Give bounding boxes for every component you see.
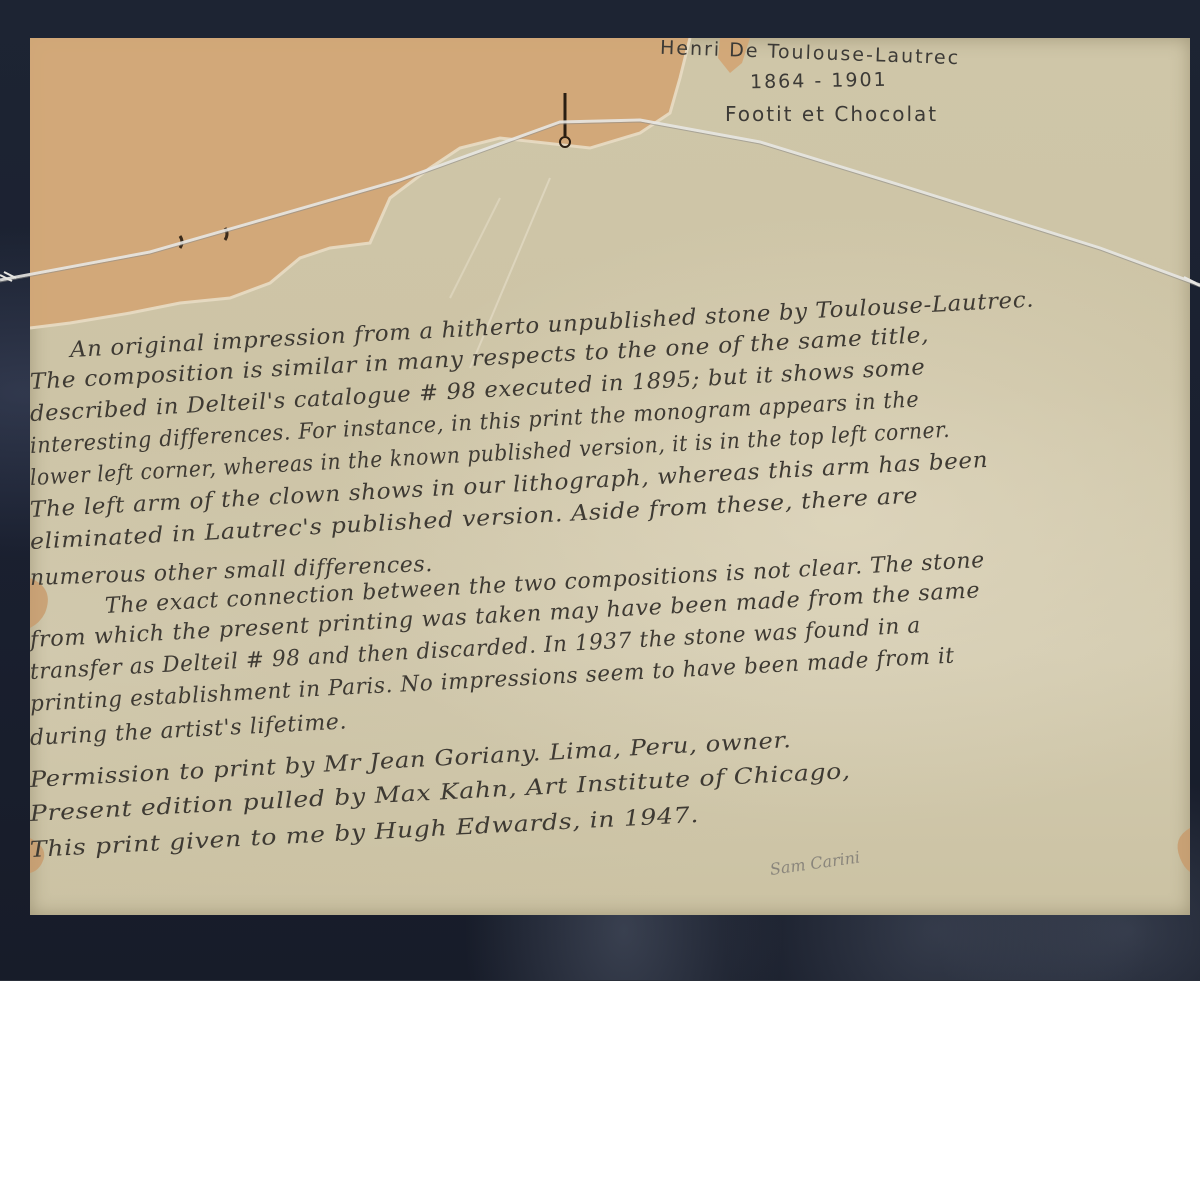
artist-name: Henri De Toulouse-Lautrec: [660, 38, 961, 69]
framed-print-back-photo: Henri De Toulouse-Lautrec 1864 - 1901 Fo…: [0, 0, 1200, 1200]
print-title: Footit et Chocolat: [725, 102, 938, 126]
backing-paper: Henri De Toulouse-Lautrec 1864 - 1901 Fo…: [30, 38, 1190, 915]
signature: Sam Carini: [769, 847, 861, 878]
artist-dates: 1864 - 1901: [750, 69, 888, 93]
note-line: during the artist's lifetime.: [30, 709, 348, 751]
